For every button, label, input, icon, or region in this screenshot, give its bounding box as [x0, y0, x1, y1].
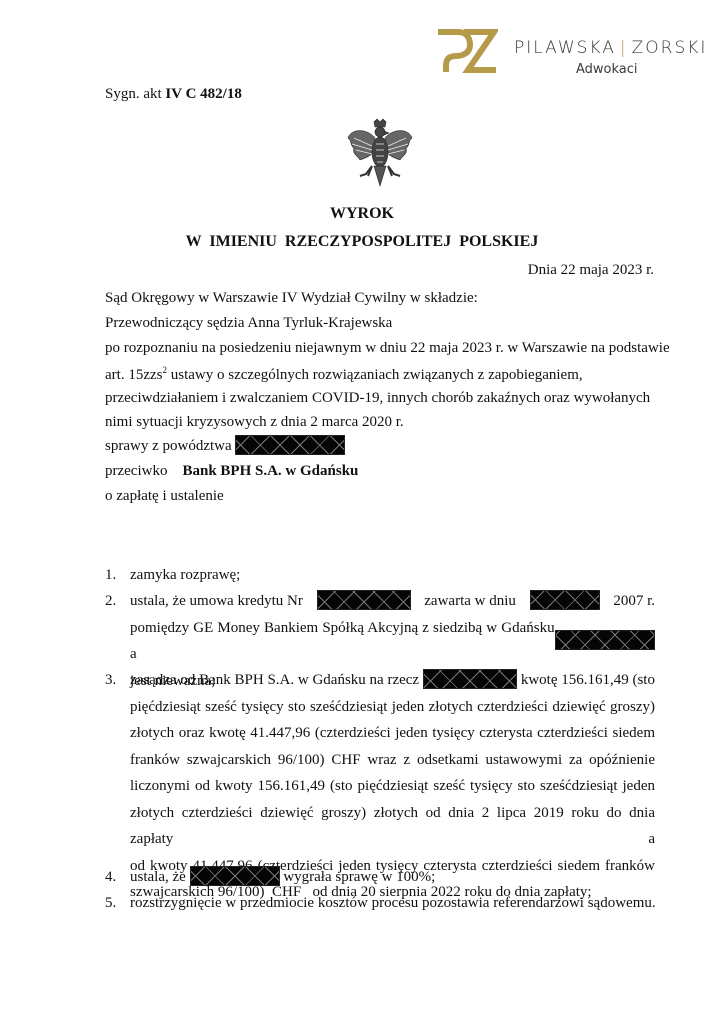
redacted-borrower [555, 630, 655, 650]
ruling-text-part: pięćdziesiąt sześć tysięcy sto sześćdzie… [130, 694, 655, 721]
plaintiff-line: sprawy z powództwa [105, 438, 345, 455]
defendant-label: przeciwko [105, 463, 167, 479]
ruling-number: 4. [105, 864, 116, 891]
firm-name-left: PILAWSKA [514, 38, 616, 58]
ruling-text-part: zawarta w dniu [424, 588, 516, 615]
plaintiff-label: sprawy z powództwa [105, 438, 232, 454]
ruling-number: 2. [105, 588, 116, 615]
redacted-contract-date [530, 590, 600, 610]
ruling-item-1: 1. zamyka rozprawę; [105, 562, 655, 589]
ruling-text-part: ustala, że [130, 869, 186, 885]
ruling-text-part: liczonymi od kwoty 156.161,49 (sto pięćd… [130, 773, 655, 800]
ruling-number: 3. [105, 667, 116, 694]
pz-monogram-icon [436, 28, 498, 74]
document-subtitle: W IMIENIU RZECZYPOSPOLITEJ POLSKIEJ [0, 233, 724, 251]
firm-name: PILAWSKA|ZORSKI [514, 38, 707, 58]
ruling-text-part: pomiędzy GE Money Bankiem Spółką Akcyjną… [130, 615, 555, 668]
firm-subtitle: Adwokaci [576, 62, 638, 77]
basis-text: ustawy o szczególnych rozwiązaniach zwią… [167, 367, 583, 383]
redacted-plaintiff [423, 669, 517, 689]
case-number: IV C 482/18 [165, 86, 241, 102]
firm-name-separator: | [620, 38, 628, 58]
ruling-text-part: zasądza od Bank BPH S.A. w Gdańsku na rz… [130, 667, 419, 694]
ruling-item-4: 4. ustala, że wygrała sprawę w 100%; [105, 864, 655, 891]
redacted-plaintiff [235, 435, 345, 455]
ruling-text: zamyka rozprawę; [130, 562, 655, 589]
ruling-text-part: franków szwajcarskich 96/100) CHF wraz z… [130, 747, 655, 774]
redacted-plaintiff [190, 866, 280, 886]
ruling-text-part: ustala, że umowa kredytu Nr [130, 588, 303, 615]
defendant-line: przeciwko Bank BPH S.A. w Gdańsku [105, 463, 358, 480]
ruling-text-part: złotych oraz kwotę 41.447,96 (czterdzieś… [130, 720, 655, 747]
judgment-date: Dnia 22 maja 2023 r. [528, 262, 654, 279]
ruling-text-part: wygrała sprawę w 100%; [283, 869, 435, 885]
polish-eagle-icon [346, 118, 414, 190]
subject-line: o zapłatę i ustalenie [105, 488, 224, 505]
ruling-text: rozstrzygnięcie w przedmiocie kosztów pr… [130, 890, 655, 917]
case-label: Sygn. akt [105, 86, 162, 102]
court-line: Sąd Okręgowy w Warszawie IV Wydział Cywi… [105, 290, 478, 307]
ruling-text-part: złotych czterdzieści dziewięć groszy) zł… [130, 800, 655, 853]
ruling-item-5: 5. rozstrzygnięcie w przedmiocie kosztów… [105, 890, 655, 917]
basis-line-1: po rozpoznaniu na posiedzeniu niejawnym … [105, 340, 670, 357]
basis-line-4: nimi sytuacji kryzysowych z dnia 2 marca… [105, 414, 404, 431]
defendant-name: Bank BPH S.A. w Gdańsku [182, 463, 358, 479]
redacted-contract-number [317, 590, 411, 610]
ruling-number: 1. [105, 562, 116, 589]
basis-line-3: przeciwdziałaniem i zwalczaniem COVID-19… [105, 390, 650, 407]
judge-line: Przewodniczący sędzia Anna Tyrluk-Krajew… [105, 315, 392, 332]
article-ref: art. 15zzs [105, 367, 162, 383]
ruling-text: ustala, że wygrała sprawę w 100%; [130, 864, 655, 891]
case-reference: Sygn. akt IV C 482/18 [105, 86, 242, 103]
firm-logo: PILAWSKA|ZORSKI Adwokaci [436, 28, 716, 78]
ruling-text-part: 2007 r. [613, 588, 655, 615]
ruling-text-part: kwotę 156.161,49 (sto [521, 667, 655, 694]
document-title: WYROK [0, 205, 724, 223]
ruling-number: 5. [105, 890, 116, 917]
basis-line-2: art. 15zzs2 ustawy o szczególnych rozwią… [105, 365, 583, 384]
firm-name-right: ZORSKI [632, 38, 708, 58]
